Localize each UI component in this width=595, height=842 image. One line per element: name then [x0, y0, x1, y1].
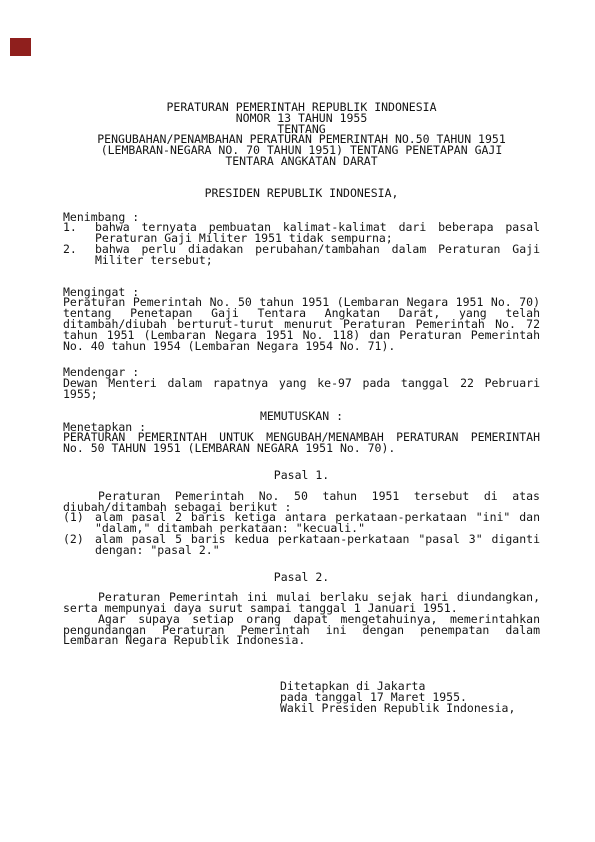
- title-line: TENTARA ANGKATAN DARAT: [63, 156, 540, 167]
- menetapkan-text: PERATURAN PEMERINTAH UNTUK MENGUBAH/MENA…: [63, 432, 540, 454]
- mendengar-section: Mendengar : Dewan Menteri dalam rapatnya…: [63, 367, 540, 399]
- document-title: PERATURAN PEMERINTAH REPUBLIK INDONESIA …: [63, 102, 540, 167]
- menimbang-item: 2. bahwa perlu diadakan perubahan/tambah…: [63, 244, 540, 266]
- menimbang-section: Menimbang : 1. bahwa ternyata pembuatan …: [63, 212, 540, 266]
- item-text: alam pasal 5 baris kedua perkataan-perka…: [95, 534, 540, 556]
- pasal-2-paragraph: Peraturan Pemerintah ini mulai berlaku s…: [63, 592, 540, 614]
- item-text: alam pasal 2 baris ketiga antara perkata…: [95, 512, 540, 534]
- pasal-2-section: Pasal 2. Peraturan Pemerintah ini mulai …: [63, 572, 540, 647]
- document-page: PERATURAN PEMERINTAH REPUBLIK INDONESIA …: [0, 0, 595, 842]
- signature-title: Wakil Presiden Republik Indonesia,: [280, 703, 540, 714]
- document-content: PERATURAN PEMERINTAH REPUBLIK INDONESIA …: [63, 102, 540, 714]
- menimbang-item: 1. bahwa ternyata pembuatan kalimat-kali…: [63, 222, 540, 244]
- mendengar-text: Dewan Menteri dalam rapatnya yang ke-97 …: [63, 378, 540, 400]
- pasal-1-intro: Peraturan Pemerintah No. 50 tahun 1951 t…: [63, 491, 540, 513]
- mengingat-text: Peraturan Pemerintah No. 50 tahun 1951 (…: [63, 297, 540, 351]
- pasal-2-heading: Pasal 2.: [63, 572, 540, 583]
- item-text: bahwa ternyata pembuatan kalimat-kalimat…: [95, 222, 540, 244]
- item-number: (2): [63, 534, 95, 556]
- mengingat-section: Mengingat : Peraturan Pemerintah No. 50 …: [63, 287, 540, 352]
- item-number: (1): [63, 512, 95, 534]
- item-text: bahwa perlu diadakan perubahan/tambahan …: [95, 244, 540, 266]
- pasal-1-item: (2) alam pasal 5 baris kedua perkataan-p…: [63, 534, 540, 556]
- pasal-1-section: Pasal 1. Peraturan Pemerintah No. 50 tah…: [63, 470, 540, 556]
- item-number: 2.: [63, 244, 95, 266]
- item-number: 1.: [63, 222, 95, 244]
- salutation: PRESIDEN REPUBLIK INDONESIA,: [63, 188, 540, 199]
- pasal-2-paragraph: Agar supaya setiap orang dapat mengetahu…: [63, 614, 540, 646]
- pasal-1-heading: Pasal 1.: [63, 470, 540, 481]
- signature-block: Ditetapkan di Jakarta pada tanggal 17 Ma…: [280, 681, 540, 713]
- pasal-1-item: (1) alam pasal 2 baris ketiga antara per…: [63, 512, 540, 534]
- red-stamp-marker: [10, 38, 31, 56]
- menetapkan-section: Menetapkan : PERATURAN PEMERINTAH UNTUK …: [63, 422, 540, 454]
